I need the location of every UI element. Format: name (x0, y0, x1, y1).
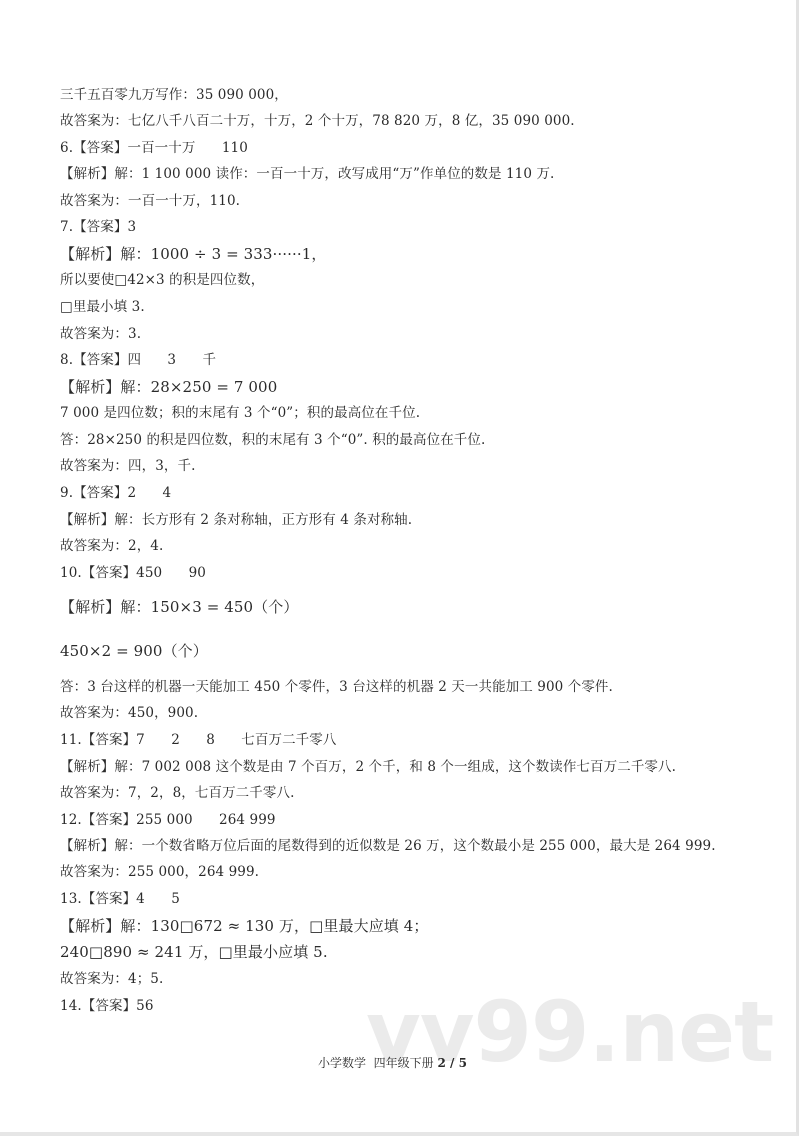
text-line: 所以要使□42×3 的积是四位数， (60, 271, 264, 289)
analysis-line: 【解析】解：1 100 000 读作：一百一十万，改写成用“万”作单位的数是 1… (60, 165, 554, 183)
final-answer-line: 故答案为：4；5. (60, 970, 163, 988)
text-line: 三千五百零九万写作：35 090 000， (60, 86, 288, 104)
answer-heading-9: 9.【答案】2 4 (60, 484, 171, 502)
text-line: 故答案为：七亿八千八百二十万，十万，2 个十万，78 820 万，8 亿，35 … (60, 112, 575, 130)
final-answer-line: 故答案为：255 000，264 999. (60, 863, 259, 881)
answer-heading-12: 12.【答案】255 000 264 999 (60, 811, 276, 829)
answer-heading-8: 8.【答案】四 3 千 (60, 351, 216, 369)
footer-subject: 小学数学 四年级下册 (318, 1056, 434, 1070)
final-answer-line: 故答案为：2，4. (60, 537, 163, 555)
answer-heading-10: 10.【答案】450 90 (60, 564, 206, 582)
text-line: 答：28×250 的积是四位数，积的末尾有 3 个“0”. 积的最高位在千位. (60, 431, 485, 449)
page-total: 5 (459, 1056, 467, 1070)
analysis-line: 【解析】解：长方形有 2 条对称轴，正方形有 4 条对称轴. (60, 511, 412, 529)
equation-line: 450×2 = 900（个） (60, 642, 208, 660)
page-separator: / (446, 1056, 459, 1070)
answer-heading-14: 14.【答案】56 (60, 997, 154, 1015)
analysis-line: 【解析】解：150×3 = 450（个） (60, 598, 298, 616)
answer-heading-11: 11.【答案】7 2 8 七百万二千零八 (60, 731, 336, 749)
analysis-line: 【解析】解：一个数省略万位后面的尾数得到的近似数是 26 万，这个数最小是 25… (60, 837, 716, 855)
text-line: □里最小填 3. (60, 298, 145, 316)
text-line: 答：3 台这样的机器一天能加工 450 个零件，3 台这样的机器 2 天一共能加… (60, 678, 613, 696)
page-footer: 小学数学 四年级下册 2 / 5 (318, 1055, 467, 1071)
document-page: 三千五百零九万写作：35 090 000， 故答案为：七亿八千八百二十万，十万，… (0, 0, 799, 1136)
analysis-line: 【解析】解：28×250 = 7 000 (60, 378, 277, 396)
final-answer-line: 故答案为：一百一十万，110. (60, 192, 240, 210)
analysis-line: 【解析】解：1000 ÷ 3 = 333······1， (60, 245, 327, 263)
page-current: 2 (437, 1056, 445, 1070)
analysis-line: 【解析】解：7 002 008 这个数是由 7 个百万，2 个千，和 8 个一组… (60, 758, 676, 776)
final-answer-line: 故答案为：3. (60, 325, 141, 343)
final-answer-line: 故答案为：7，2，8，七百万二千零八. (60, 784, 294, 802)
final-answer-line: 故答案为：450，900. (60, 704, 198, 722)
final-answer-line: 故答案为：四，3，千. (60, 457, 195, 475)
analysis-line: 【解析】解：130□672 ≈ 130 万，□里最大应填 4； (60, 917, 429, 935)
answer-heading-7: 7.【答案】3 (60, 218, 136, 236)
answer-heading-6: 6.【答案】一百一十万 110 (60, 139, 248, 157)
equation-line: 240□890 ≈ 241 万，□里最小应填 5. (60, 943, 328, 961)
answer-heading-13: 13.【答案】4 5 (60, 890, 180, 908)
text-line: 7 000 是四位数；积的末尾有 3 个“0”；积的最高位在千位. (60, 404, 420, 422)
